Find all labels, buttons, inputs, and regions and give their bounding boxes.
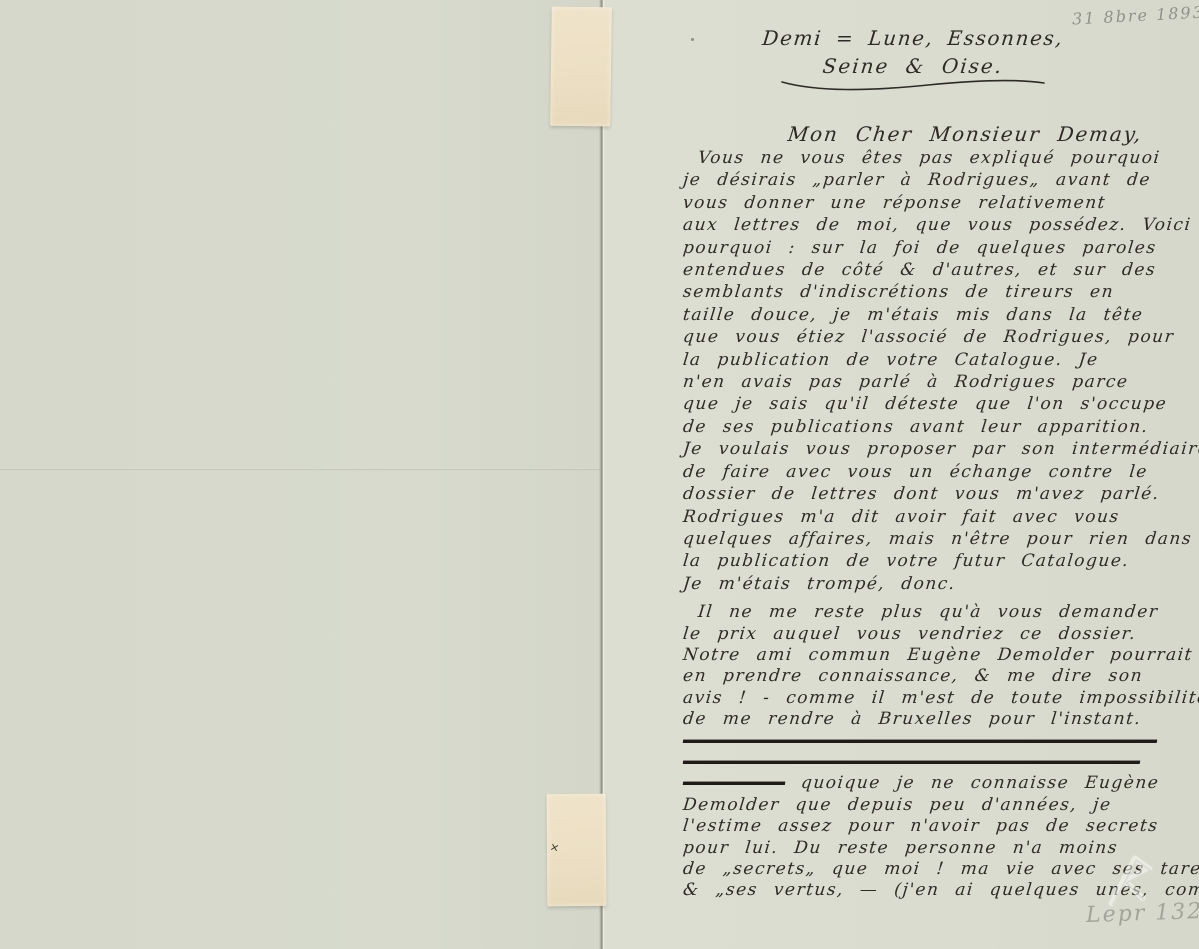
handwriting-line: taille douce, je m'étais mis dans la têt… bbox=[682, 304, 1189, 326]
handwriting-line: de me rendre à Bruxelles pour l'instant. bbox=[682, 709, 1189, 730]
handwriting-line: & „ses vertus, — (j'en ai quelques unes,… bbox=[682, 880, 1189, 901]
handwriting-line: pour lui. Du reste personne n'a moins bbox=[682, 838, 1189, 859]
handwriting-line: de ses publications avant leur apparitio… bbox=[682, 416, 1189, 438]
letterhead-line1: Demi = Lune, Essonnes, bbox=[682, 26, 1145, 50]
handwriting-line: semblants d'indiscrétions de tireurs en bbox=[682, 281, 1189, 303]
crossed-out-line: ―――――― ――― ―――― ――――――― ――――― bbox=[682, 752, 1189, 773]
handwriting-line: en prendre connaissance, & me dire son bbox=[682, 666, 1189, 687]
handwriting-line: Demolder que depuis peu d'années, je bbox=[682, 795, 1189, 816]
page-left-blank bbox=[0, 0, 603, 949]
handwriting-line: que je sais qu'il déteste que l'on s'occ… bbox=[682, 393, 1189, 415]
handwriting-line: dossier de lettres dont vous m'avez parl… bbox=[682, 483, 1189, 505]
handwriting-line: Vous ne vous êtes pas expliqué pourquoi bbox=[682, 147, 1189, 169]
handwriting-line: de faire avec vous un échange contre le bbox=[682, 461, 1189, 483]
horizontal-fold-crease bbox=[0, 468, 601, 471]
handwriting-line: la publication de votre futur Catalogue. bbox=[682, 550, 1189, 572]
handwriting-text: quoique je ne connaisse Eugène bbox=[800, 773, 1161, 793]
letter-scan: × 31 8bre 1893 Demi = Lune, Essonnes, Se… bbox=[0, 0, 1199, 949]
handwriting-line: aux lettres de moi, que vous possédez. V… bbox=[682, 214, 1189, 236]
crossed-out-text: ―――――― bbox=[682, 773, 786, 793]
tape-strip-top bbox=[550, 7, 612, 127]
handwriting-line: Il ne me reste plus qu'à vous demander bbox=[682, 602, 1189, 623]
handwriting-line: que vous étiez l'associé de Rodrigues, p… bbox=[682, 326, 1189, 348]
handwriting-line: Rodrigues m'a dit avoir fait avec vous bbox=[682, 506, 1189, 528]
handwriting-line: vous donner une réponse relativement bbox=[682, 192, 1189, 214]
handwriting-line: de „secrets„ que moi ! ma vie avec ses t… bbox=[682, 859, 1189, 880]
crossed-out-text: ―――――― ――― ―――― ――――――― ――――― bbox=[682, 752, 1141, 772]
handwriting-line: n'en avais pas parlé à Rodrigues parce bbox=[682, 371, 1189, 393]
paragraph-1: Vous ne vous êtes pas expliqué pourquoi … bbox=[683, 147, 1188, 595]
letterhead: Demi = Lune, Essonnes, Seine & Oise. bbox=[683, 26, 1143, 92]
crossed-out-text: ――――― ―――― ――――――― ―――――― ―――― bbox=[682, 731, 1158, 751]
handwriting-line: l'estime assez pour n'avoir pas de secre… bbox=[682, 816, 1189, 837]
handwriting-line: quelques affaires, mais n'être pour rien… bbox=[682, 528, 1189, 550]
paragraph-2: Il ne me reste plus qu'à vous demander l… bbox=[683, 602, 1188, 902]
underline-flourish bbox=[778, 76, 1048, 92]
letterhead-line2: Seine & Oise. bbox=[682, 54, 1145, 78]
handwriting-line: entendues de côté & d'autres, et sur des bbox=[682, 259, 1189, 281]
handwriting-line: la publication de votre Catalogue. Je bbox=[682, 349, 1189, 371]
pencil-inventory-number: Lepr 132 bbox=[1086, 899, 1199, 928]
handwriting-line: le prix auquel vous vendriez ce dossier. bbox=[682, 624, 1189, 645]
crossed-out-line: ――――― ―――― ――――――― ―――――― ―――― bbox=[682, 731, 1189, 752]
salutation: Mon Cher Monsieur Demay, bbox=[787, 122, 1144, 146]
letter-body: Vous ne vous êtes pas expliqué pourquoi … bbox=[683, 147, 1188, 902]
handwriting-line: Je voulais vous proposer par son intermé… bbox=[682, 438, 1189, 460]
handwriting-line: avis ! - comme il m'est de toute impossi… bbox=[682, 688, 1189, 709]
handwriting-line: Je m'étais trompé, donc. bbox=[682, 573, 1189, 595]
handwriting-line: je désirais „parler à Rodrigues„ avant d… bbox=[682, 169, 1189, 191]
handwriting-line: pourquoi : sur la foi de quelques parole… bbox=[682, 237, 1189, 259]
handwriting-line-with-strike: ―――――― quoique je ne connaisse Eugène bbox=[682, 773, 1189, 794]
handwriting-line: Notre ami commun Eugène Demolder pourrai… bbox=[682, 645, 1189, 666]
